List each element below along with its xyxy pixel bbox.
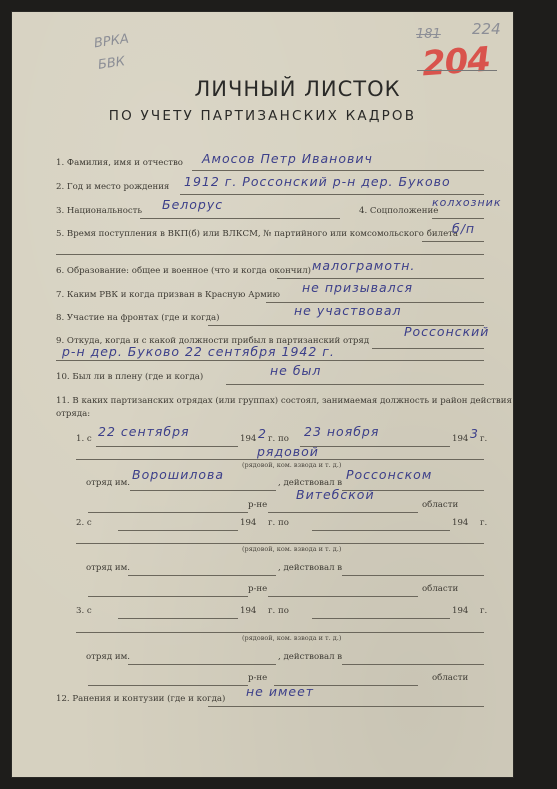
unit-2-district-line — [342, 575, 484, 576]
unit-3-acted-label: , действовал в — [278, 652, 342, 662]
unit-1-from-year-prefix: 194 — [240, 434, 256, 444]
unit-1-g-po: г. по — [268, 434, 289, 444]
field-9-value-line-2: р-н дер. Буково 22 сентября 1942 г. — [62, 344, 335, 359]
unit-1-to-line — [300, 446, 450, 447]
unit-1-from-line — [96, 446, 238, 447]
unit-2-number: 2. с — [76, 518, 92, 528]
unit-1-district: Россонском — [346, 467, 432, 482]
unit-2-region-line — [268, 596, 418, 597]
unit-1-to-date: 23 ноября — [304, 424, 379, 439]
unit-1-region: Витебской — [296, 487, 375, 502]
field-1-line — [192, 170, 484, 171]
field-4-line — [432, 218, 484, 219]
unit-1-number: 1. с — [76, 434, 92, 444]
unit-1-position-line — [76, 459, 484, 460]
unit-2-otryad-label: отряд им. — [86, 563, 130, 573]
field-3-value: Белорус — [162, 197, 223, 212]
unit-1-from-year-digit: 2 — [258, 426, 266, 441]
unit-3-otryad-line — [128, 664, 276, 665]
unit-3-g-po: г. по — [268, 606, 289, 616]
unit-2-oblasti: области — [422, 584, 458, 594]
unit-2-otryad-line — [128, 575, 276, 576]
field-9-line — [372, 348, 484, 349]
field-12-label: 12. Ранения и контузии (где и когда) — [56, 694, 225, 704]
unit-3-number: 3. с — [76, 606, 92, 616]
field-4-value: колхозник — [432, 196, 501, 209]
unit-3-rne: р-не — [248, 673, 267, 683]
field-5-line — [422, 241, 484, 242]
field-9-value-line-1: Россонский — [404, 324, 489, 339]
field-5-line-2 — [56, 254, 484, 255]
unit-1-position: рядовой — [257, 444, 319, 459]
strike-line — [417, 70, 497, 71]
document-page: ВРКА БВК 181 224 204 ЛИЧНЫЙ ЛИСТОК ПО УЧ… — [12, 12, 513, 777]
document-subtitle: ПО УЧЕТУ ПАРТИЗАНСКИХ КАДРОВ — [12, 108, 513, 124]
field-10-value: не был — [270, 363, 321, 378]
pencil-struck-number: 181 — [416, 27, 441, 42]
field-6-label: 6. Образование: общее и военное (что и к… — [56, 266, 311, 276]
field-10-line — [226, 384, 484, 385]
field-12-value: не имеет — [246, 684, 314, 699]
field-5-label: 5. Время поступления в ВКП(б) или ВЛКСМ,… — [56, 229, 458, 239]
unit-1-otryad-label: отряд им. — [86, 478, 130, 488]
unit-3-otryad-label: отряд им. — [86, 652, 130, 662]
unit-2-rne: р-не — [248, 584, 267, 594]
unit-2-from-line — [118, 530, 238, 531]
unit-2-acted-label: , действовал в — [278, 563, 342, 573]
unit-2-to-year-prefix: 194 — [452, 518, 468, 528]
unit-3-district-line — [342, 664, 484, 665]
field-2-value: 1912 г. Россонский р-н дер. Буково — [184, 174, 451, 189]
field-6-value: малограмотн. — [312, 258, 415, 273]
unit-3-position-line — [76, 632, 484, 633]
unit-1-otryad: Ворошилова — [132, 467, 224, 482]
unit-1-g: г. — [480, 434, 487, 444]
unit-2-to-line — [312, 530, 450, 531]
unit-2-position-line — [76, 543, 484, 544]
unit-3-from-line — [118, 618, 238, 619]
field-12-line — [208, 706, 484, 707]
field-1-label: 1. Фамилия, имя и отчество — [56, 158, 183, 168]
field-3-label: 3. Национальность — [56, 206, 142, 216]
pencil-mark-1: ВРКА — [93, 32, 130, 52]
unit-3-rne-line — [88, 685, 248, 686]
pencil-mark-2: БВК — [97, 54, 126, 73]
unit-3-to-line — [312, 618, 450, 619]
unit-2-rne-line — [88, 596, 248, 597]
field-6-line — [277, 278, 484, 279]
unit-1-oblasti: области — [422, 500, 458, 510]
field-10-label: 10. Был ли в плену (где и когда) — [56, 372, 203, 382]
field-1-value: Амосов Петр Иванович — [202, 151, 373, 166]
unit-3-position-hint: (рядовой, ком. взвода и т. д.) — [242, 634, 341, 642]
unit-2-from-year-prefix: 194 — [240, 518, 256, 528]
unit-1-rne-line — [88, 512, 248, 513]
field-5-value: б/п — [452, 221, 475, 236]
field-11-label: 11. В каких партизанских отрядах (или гр… — [56, 395, 516, 421]
field-9-line-2 — [56, 360, 484, 361]
field-8-value: не участвовал — [294, 303, 401, 318]
document-title: ЛИЧНЫЙ ЛИСТОК — [12, 77, 513, 101]
unit-1-from-date: 22 сентября — [98, 424, 190, 439]
field-2-line — [180, 194, 484, 195]
unit-3-to-year-prefix: 194 — [452, 606, 468, 616]
field-7-value: не призывался — [302, 280, 413, 295]
pencil-page-number: 224 — [472, 20, 501, 38]
unit-1-rne: р-не — [248, 500, 267, 510]
field-7-label: 7. Каким РВК и когда призван в Красную А… — [56, 290, 280, 300]
field-4-label: 4. Соцположение — [359, 206, 438, 216]
unit-1-to-year-digit: 3 — [470, 426, 478, 441]
unit-2-g: г. — [480, 518, 487, 528]
unit-1-region-line — [268, 512, 418, 513]
unit-3-g: г. — [480, 606, 487, 616]
field-2-label: 2. Год и место рождения — [56, 182, 169, 192]
unit-2-position-hint: (рядовой, ком. взвода и т. д.) — [242, 545, 341, 553]
unit-3-from-year-prefix: 194 — [240, 606, 256, 616]
unit-1-otryad-line — [130, 490, 276, 491]
unit-3-oblasti: области — [432, 673, 468, 683]
unit-1-to-year-prefix: 194 — [452, 434, 468, 444]
field-8-label: 8. Участие на фронтах (где и когда) — [56, 313, 219, 323]
unit-2-g-po: г. по — [268, 518, 289, 528]
unit-1-position-hint: (рядовой, ком. взвода и т. д.) — [242, 461, 341, 469]
field-3-line — [140, 218, 340, 219]
